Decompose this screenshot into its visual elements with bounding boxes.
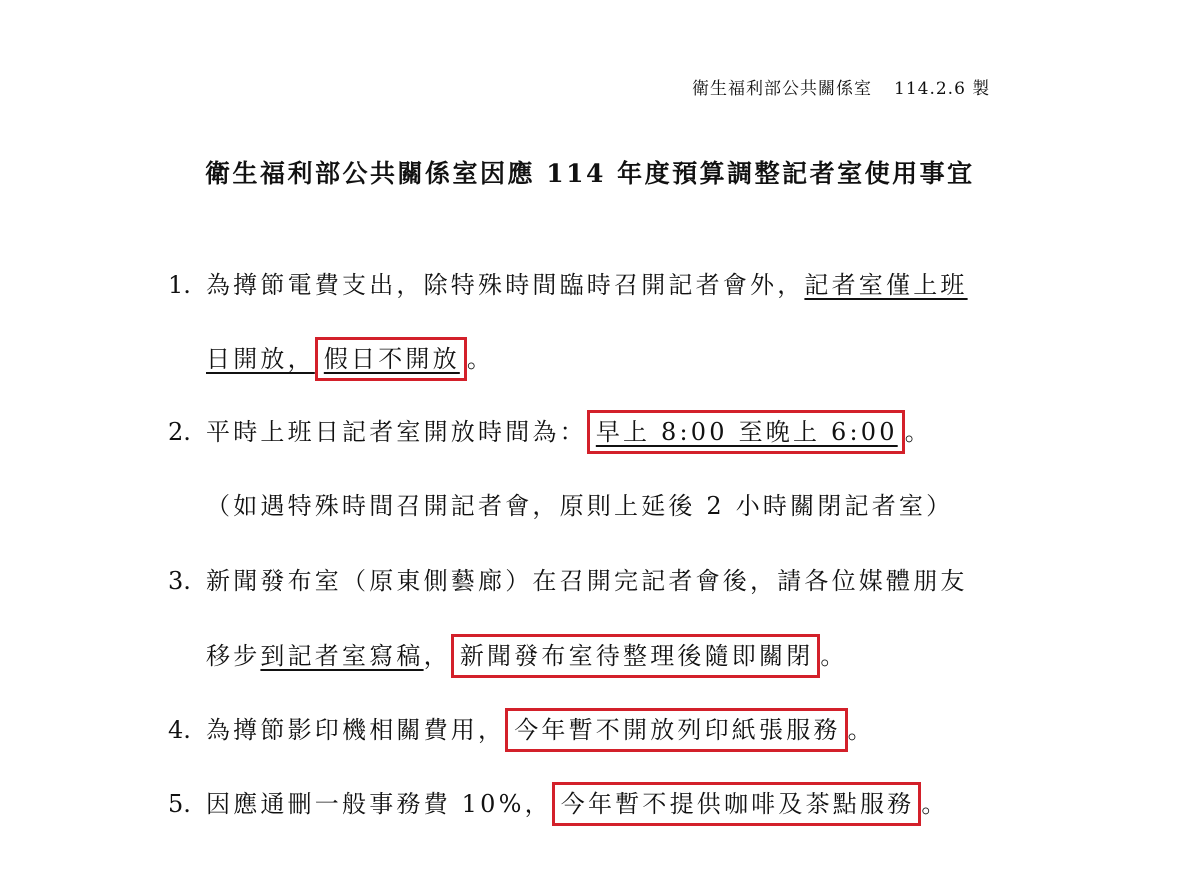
document-title: 衛生福利部公共關係室因應 114 年度預算調整記者室使用事宜 — [205, 154, 975, 190]
item-text: 移步 — [206, 642, 260, 670]
item-end: 。 — [467, 345, 494, 373]
highlighted-text: 早上 8:00 至晚上 6:00 — [596, 418, 898, 446]
item-end: 。 — [820, 642, 847, 670]
issuer-name: 衛生福利部公共關係室 — [692, 79, 872, 99]
item-5-line-1: 5.因應通刪一般事務費 10%，今年暫不提供咖啡及茶點服務。 — [168, 787, 949, 821]
highlight-box: 早上 8:00 至晚上 6:00 — [587, 410, 905, 454]
highlighted-text: 今年暫不開放列印紙張服務 — [514, 716, 840, 744]
item-end: 。 — [848, 716, 875, 744]
issuer-note: 衛生福利部公共關係室114.2.6 製 — [692, 74, 990, 99]
item-text: 平時上班日記者室開放時間為： — [206, 418, 587, 446]
item-number: 1. — [168, 268, 206, 302]
item-text: 因應通刪一般事務費 10%， — [206, 790, 552, 818]
item-3-line-2: 移步到記者室寫稿，新聞發布室待整理後隨即關閉。 — [206, 639, 848, 673]
highlight-box: 假日不開放 — [315, 337, 467, 381]
item-2-line-1: 2.平時上班日記者室開放時間為：早上 8:00 至晚上 6:00。 — [168, 415, 932, 449]
item-text: 為撙節電費支出，除特殊時間臨時召開記者會外， — [206, 271, 804, 299]
item-end: 。 — [905, 418, 932, 446]
item-2-line-2: （如遇特殊時間召開記者會，原則上延後 2 小時關閉記者室） — [206, 489, 953, 523]
highlighted-text: 今年暫不提供咖啡及茶點服務 — [561, 790, 915, 818]
item-4-line-1: 4.為撙節影印機相關費用，今年暫不開放列印紙張服務。 — [168, 713, 875, 747]
item-text: 新聞發布室（原東側藝廊）在召開完記者會後，請各位媒體朋友 — [206, 567, 968, 595]
item-number: 2. — [168, 415, 206, 449]
item-1-line-2: 日開放，假日不開放。 — [206, 342, 494, 376]
issue-date: 114.2.6 製 — [894, 79, 990, 99]
item-number: 3. — [168, 564, 206, 598]
highlighted-text: 新聞發布室待整理後隨即關閉 — [460, 642, 814, 670]
item-note: （如遇特殊時間召開記者會，原則上延後 2 小時關閉記者室） — [206, 492, 953, 520]
item-1-line-1: 1.為撙節電費支出，除特殊時間臨時召開記者會外，記者室僅上班 — [168, 268, 968, 302]
highlight-box: 新聞發布室待整理後隨即關閉 — [451, 634, 821, 678]
item-text: 為撙節影印機相關費用， — [206, 716, 505, 744]
item-end: 。 — [921, 790, 948, 818]
item-3-line-1: 3.新聞發布室（原東側藝廊）在召開完記者會後，請各位媒體朋友 — [168, 564, 968, 598]
underlined-text: 日開放， — [206, 345, 315, 373]
underlined-text: 記者室僅上班 — [804, 271, 967, 299]
highlight-box: 今年暫不開放列印紙張服務 — [505, 708, 847, 752]
underlined-text: 到記者室寫稿 — [260, 642, 423, 670]
highlighted-text: 假日不開放 — [324, 345, 460, 373]
item-number: 4. — [168, 713, 206, 747]
highlight-box: 今年暫不提供咖啡及茶點服務 — [552, 782, 922, 826]
item-number: 5. — [168, 787, 206, 821]
item-comma: ， — [424, 642, 451, 670]
